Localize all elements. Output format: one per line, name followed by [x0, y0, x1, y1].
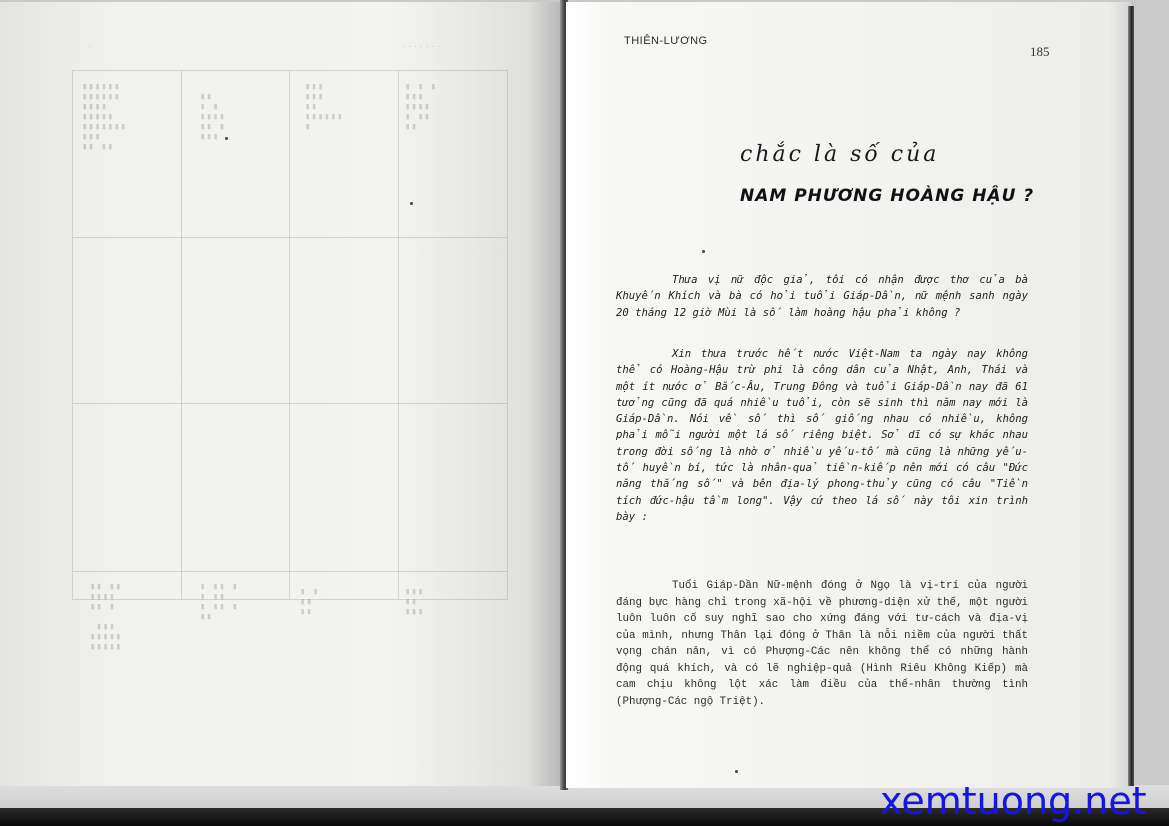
ghost-cell-text: ▮ ▮▮ ▮ ▮ ▮▮ ▮ ▮▮ ▮ ▮▮: [200, 582, 239, 622]
page-number: 185: [1030, 44, 1050, 60]
article-title-line1: chắc là số của: [740, 142, 939, 167]
ghost-cell-text: ▮ ▮ ▮ ▮▮▮ ▮▮▮▮ ▮ ▮▮ ▮▮: [405, 82, 437, 132]
page-edge: [1128, 6, 1134, 786]
dust-speck: [735, 770, 738, 773]
article-title-line2: NAM PHƯƠNG HOÀNG HẬU ?: [740, 186, 1034, 206]
dust-speck: [410, 202, 413, 205]
left-page: · · · · · · · · ▮▮▮▮▮▮ ▮▮▮▮▮▮ ▮▮▮▮ ▮▮▮▮▮…: [0, 2, 560, 786]
ghost-cell-text: ▮▮▮ ▮▮▮ ▮▮ ▮▮▮▮▮▮ ▮: [305, 82, 344, 132]
ghost-cell-text: ▮▮ ▮▮ ▮▮▮▮ ▮▮ ▮ ▮▮▮ ▮▮▮▮▮ ▮▮▮▮▮: [90, 582, 122, 652]
dust-speck: [225, 137, 228, 140]
book-scan: · · · · · · · · ▮▮▮▮▮▮ ▮▮▮▮▮▮ ▮▮▮▮ ▮▮▮▮▮…: [0, 0, 1169, 826]
paragraph-question: Thưa vị nữ độc giả, tôi có nhận được thơ…: [616, 272, 1028, 321]
running-head: THIÊN-LƯƠNG: [624, 35, 708, 47]
ghost-cell-text: ▮▮ ▮ ▮ ▮▮▮▮ ▮▮ ▮ ▮▮▮: [200, 92, 226, 142]
left-page-number-ghost: ·: [88, 42, 91, 53]
ghost-cell-text: ▮ ▮ ▮▮ ▮▮: [300, 587, 319, 617]
dust-speck: [702, 250, 705, 253]
paragraph-answer-intro: Xin thưa trước hết nước Việt-Nam ta ngày…: [616, 346, 1028, 525]
left-running-head-ghost: · · · · · · ·: [402, 42, 440, 53]
ghost-cell-text: ▮▮▮▮▮▮ ▮▮▮▮▮▮ ▮▮▮▮ ▮▮▮▮▮ ▮▮▮▮▮▮▮ ▮▮▮ ▮▮ …: [82, 82, 127, 152]
paragraph-reading: Tuổi Giáp-Dần Nữ-mệnh đóng ở Ngọ là vị-t…: [616, 578, 1028, 710]
ghost-cell-text: ▮▮▮ ▮▮ ▮▮▮: [405, 587, 424, 617]
faded-chart-table: [72, 70, 508, 600]
site-watermark: xemtuong.net: [880, 778, 1147, 824]
